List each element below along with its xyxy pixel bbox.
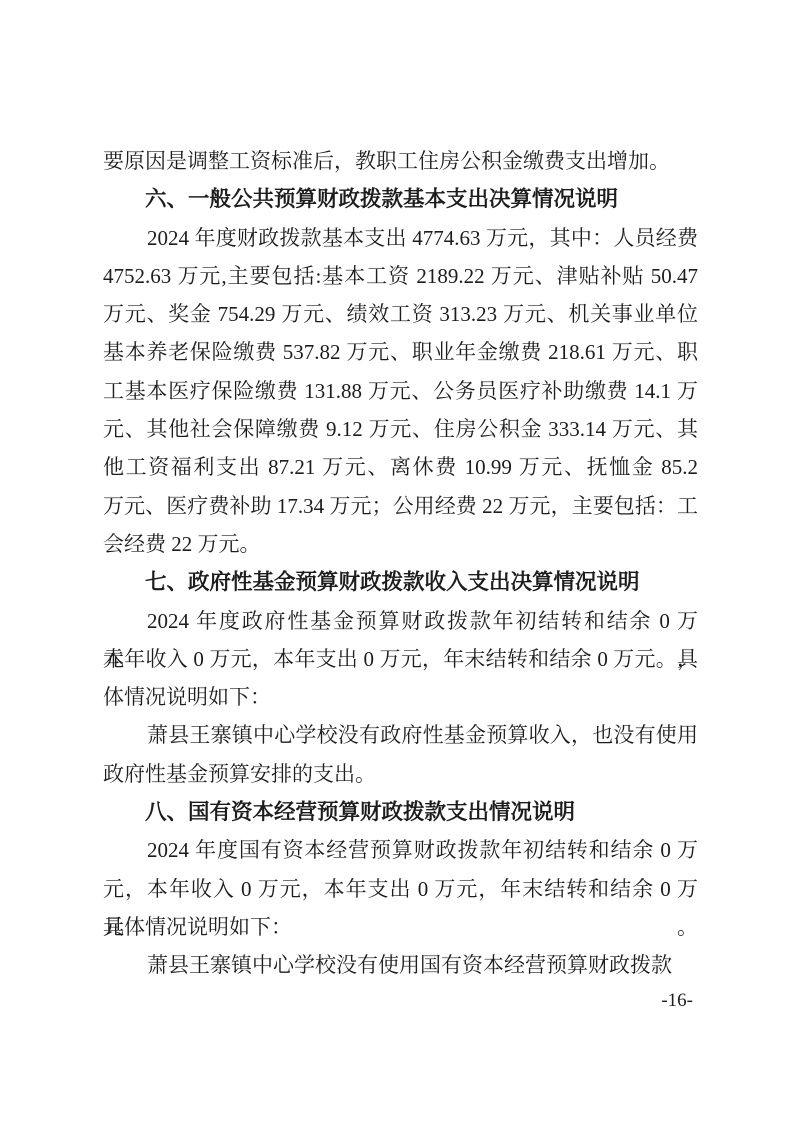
text-line: 2024 年度政府性基金预算财政拨款年初结转和结余 0 万元， — [103, 602, 698, 640]
text-line: 万元、奖金 754.29 万元、绩效工资 313.23 万元、机关事业单位 — [103, 295, 698, 333]
text-line: 2024 年度财政拨款基本支出 4774.63 万元，其中：人员经费 — [103, 219, 698, 257]
text-line: 萧县王寨镇中心学校没有政府性基金预算收入，也没有使用 — [103, 716, 698, 754]
text-line: 本年收入 0 万元，本年支出 0 万元，年末结转和结余 0 万元。具 — [103, 640, 698, 678]
text-line: 2024 年度国有资本经营预算财政拨款年初结转和结余 0 万 — [103, 831, 698, 869]
document-page: 要原因是调整工资标准后，教职工住房公积金缴费支出增加。 六、一般公共预算财政拨款… — [0, 0, 793, 1122]
text-line: 基本养老保险缴费 537.82 万元、职业年金缴费 218.61 万元、职 — [103, 333, 698, 371]
text-line: 会经费 22 万元。 — [103, 525, 698, 563]
section-heading-six: 六、一般公共预算财政拨款基本支出决算情况说明 — [103, 180, 698, 218]
text-line: 工基本医疗保险缴费 131.88 万元、公务员医疗补助缴费 14.1 万 — [103, 372, 698, 410]
page-number: -16- — [661, 990, 693, 1012]
text-line: 元，本年收入 0 万元，本年支出 0 万元，年末结转和结余 0 万元。 — [103, 870, 698, 908]
text-line: 4752.63 万元,主要包括:基本工资 2189.22 万元、津贴补贴 50.… — [103, 257, 698, 295]
text-line: 政府性基金预算安排的支出。 — [103, 755, 698, 793]
section-heading-eight: 八、国有资本经营预算财政拨款支出情况说明 — [103, 793, 698, 831]
text-line: 元、其他社会保障缴费 9.12 万元、住房公积金 333.14 万元、其 — [103, 410, 698, 448]
text-line: 他工资福利支出 87.21 万元、离休费 10.99 万元、抚恤金 85.2 — [103, 448, 698, 486]
document-body: 要原因是调整工资标准后，教职工住房公积金缴费支出增加。 六、一般公共预算财政拨款… — [103, 142, 698, 985]
text-line: 体情况说明如下： — [103, 678, 698, 716]
section-heading-seven: 七、政府性基金预算财政拨款收入支出决算情况说明 — [103, 563, 698, 601]
text-line: 万元、医疗费补助 17.34 万元；公用经费 22 万元，主要包括：工 — [103, 487, 698, 525]
text-line: 萧县王寨镇中心学校没有使用国有资本经营预算财政拨款 — [103, 946, 698, 984]
text-line: 要原因是调整工资标准后，教职工住房公积金缴费支出增加。 — [103, 142, 698, 180]
